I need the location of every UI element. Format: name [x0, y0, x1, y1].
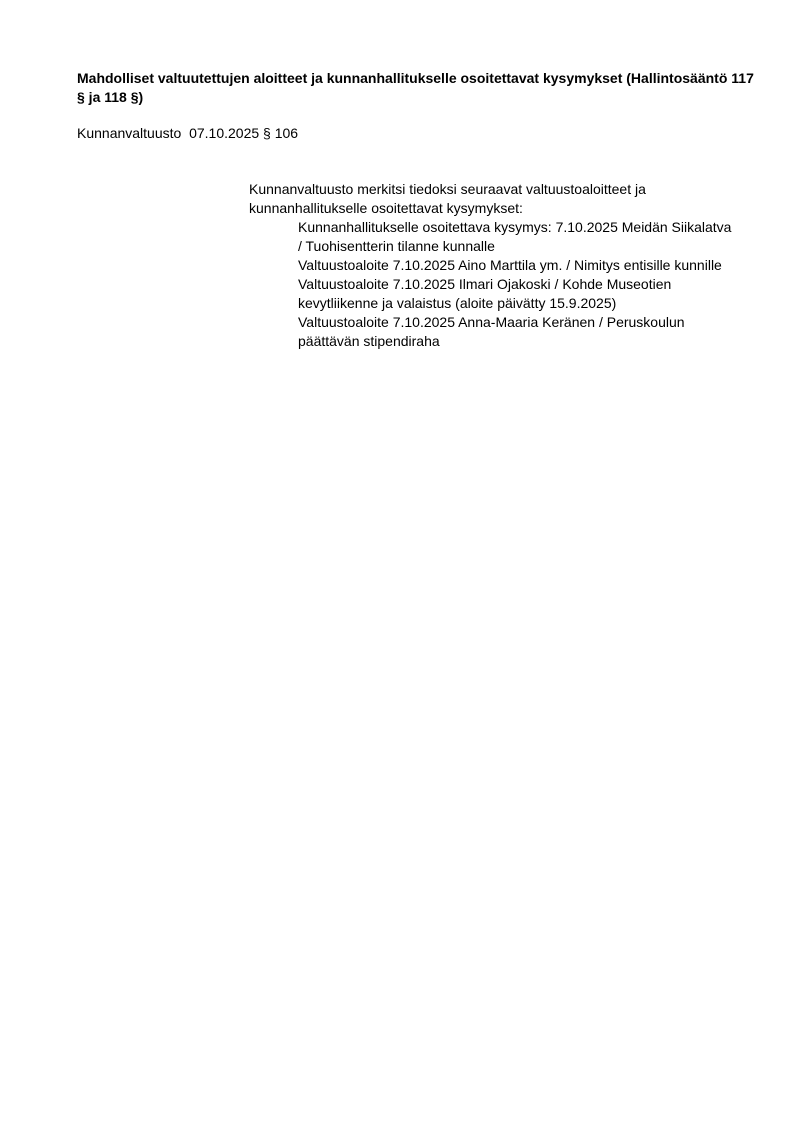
initiatives-list: Kunnanhallitukselle osoitettava kysymys:… — [249, 218, 739, 351]
list-item: Valtuustoaloite 7.10.2025 Anna-Maaria Ke… — [298, 313, 739, 351]
list-item: Kunnanhallitukselle osoitettava kysymys:… — [298, 218, 739, 256]
list-item: Valtuustoaloite 7.10.2025 Ilmari Ojakosk… — [298, 275, 739, 313]
document-title: Mahdolliset valtuutettujen aloitteet ja … — [77, 69, 757, 107]
decision-section: Kunnanvaltuusto merkitsi tiedoksi seuraa… — [249, 180, 739, 351]
decision-intro: Kunnanvaltuusto merkitsi tiedoksi seuraa… — [249, 180, 739, 218]
meeting-reference: Kunnanvaltuusto 07.10.2025 § 106 — [77, 124, 298, 142]
list-item: Valtuustoaloite 7.10.2025 Aino Marttila … — [298, 256, 739, 275]
